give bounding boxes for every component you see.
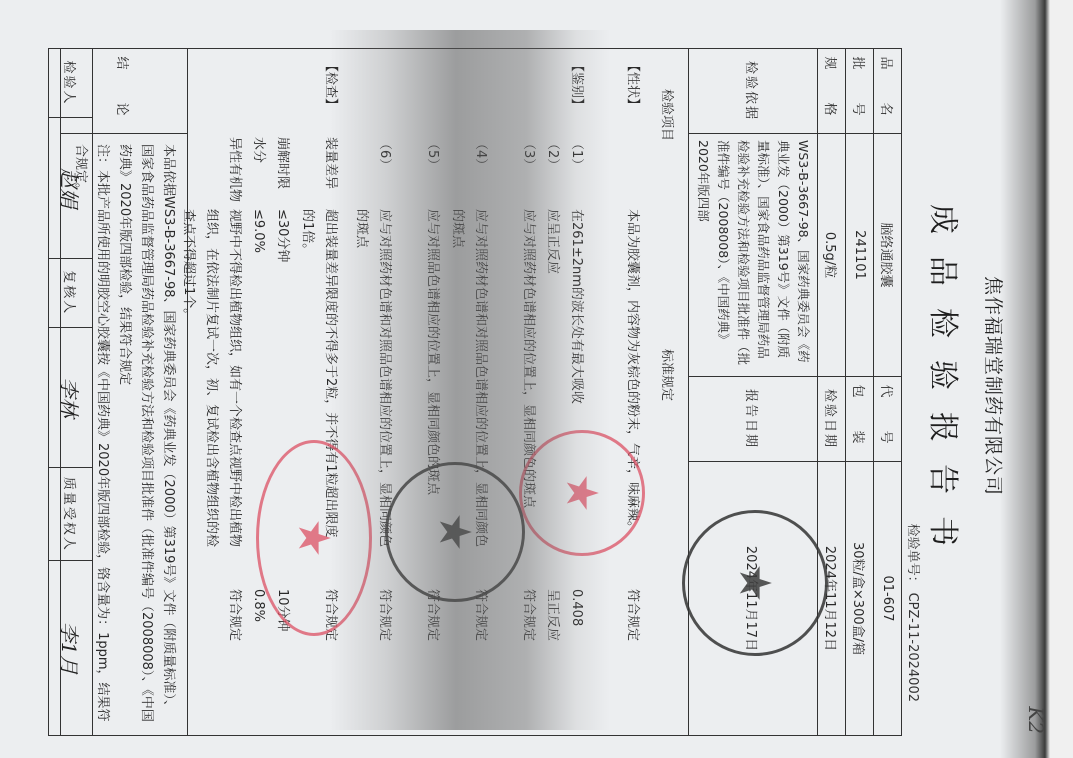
basis-value: WS3-B-3667-98、国家药典委员会《药典业发（2000）第319号》文件… [689,134,818,377]
report-document: K2 焦作福瑞堂制药有限公司 成品检验报告书 检验单号：CPZ-11-20240… [20,30,1060,742]
test-item-standard: 应与对照药材色谱和对照品色谱相应的位置上，显相同颜色的斑点 [350,209,396,549]
test-item-standard: ≤30分钟 [271,209,294,549]
report-number: 检验单号：CPZ-11-2024002 [905,520,924,702]
test-item-name: 崩解时限 [271,137,294,189]
reviewer-label: 复核人 [49,258,93,327]
test-item-name: 异性有机物 [223,137,246,202]
test-item-standard: 视野中不得检出植物组织，如有一个检查点视野中检出植物组织，在依法制片复试一次，初… [177,209,246,549]
product-name-label: 品 名 [874,49,902,134]
test-item-name: 装量差异 [319,137,342,189]
report-number-value: CPZ-11-2024002 [905,593,920,702]
test-item-result: 符合规定 [517,589,540,641]
row-batch: 批 号 241101 包 装 30粒/盒×300盒/箱 [846,49,874,736]
test-date-label: 检验日期 [818,377,846,462]
package-label: 包 装 [846,377,874,462]
test-item-result: 符合规定 [469,589,492,641]
test-item-standard: 在261±2nm的波长处有最大吸收 [565,209,588,549]
spec-label: 规 格 [818,49,846,134]
test-item-category: 【性状】 [621,59,644,111]
test-item-result: 符合规定 [223,589,246,641]
batch-value: 241101 [846,134,874,377]
test-item-category: 【鉴别】 [565,59,588,111]
basis-label: 检验依据 [689,49,818,134]
test-item-standard: 应与对照品色谱相应的位置上，显相同颜色的斑点 [421,209,444,549]
items-header-standard: 标准规定 [659,349,678,401]
test-item-result: 10分钟 [271,589,294,632]
test-item-standard: 超出装量差异限度的不得多于2粒，并不得有1粒超出限度的1倍。 [296,209,342,549]
inspector-label: 检验人 [49,49,93,118]
batch-label: 批 号 [846,49,874,134]
test-item-name: （3） [517,137,540,171]
test-item-name: 水分 [247,137,270,163]
row-spec: 规 格 0.5g/粒 检验日期 2024年11月12日 [818,49,846,736]
row-items: 检验项目 标准规定 【性状】本品为胶囊剂，内容物为灰棕色的粉末，气辛，味麻辣。符… [188,49,689,736]
report-title: 成品检验报告书 [924,30,968,742]
spec-value: 0.5g/粒 [818,134,846,377]
test-item-result: 符合规定 [373,589,396,641]
code-value: 01-607 [874,462,902,736]
test-item-result: 0.408 [565,589,588,626]
qa-label: 质量受权人 [49,468,93,561]
test-date-value: 2024年11月12日 [818,462,846,736]
report-table: 品 名 脑络通胶囊 代 号 01-607 批 号 241101 包 装 30粒/… [60,48,902,736]
report-date-value: 2024年11月17日 [689,462,818,736]
test-item-name: （2） [541,137,564,171]
product-name-value: 脑络通胶囊 [874,134,902,377]
package-value: 30粒/盒×300盒/箱 [846,462,874,736]
qa-signature: 李1月 [49,561,93,736]
code-label: 代 号 [874,377,902,462]
test-item-standard: 应呈正反应 [541,209,564,549]
company-name: 焦作福瑞堂制药有限公司 [981,30,1008,742]
test-item-result: 符合规定 [621,589,644,641]
reviewer-signature: 李林 [49,327,93,468]
inspector-signature: 赵娟 [49,118,93,259]
row-basis: 检验依据 WS3-B-3667-98、国家药典委员会《药典业发（2000）第31… [689,49,818,736]
report-number-label: 检验单号： [905,524,920,589]
test-item-result: 符合规定 [319,589,342,641]
test-item-name: （1） [565,137,588,171]
test-item-result: 0.8% [247,589,270,622]
test-item-category: 【检查】 [319,59,342,111]
test-item-name: （4） [469,137,492,171]
test-item-standard: 本品为胶囊剂，内容物为灰棕色的粉末，气辛，味麻辣。 [621,209,644,549]
test-item-name: （6） [373,137,396,171]
report-date-label: 报告日期 [689,377,818,462]
signature-table: 检验人 赵娟 复核人 李林 质量受权人 李1月 [48,48,93,736]
test-items-section: 检验项目 标准规定 【性状】本品为胶囊剂，内容物为灰棕色的粉末，气辛，味麻辣。符… [188,49,688,735]
row-product-name: 品 名 脑络通胶囊 代 号 01-607 [874,49,902,736]
test-item-standard: ≤9.0% [247,209,270,549]
test-item-name: （5） [421,137,444,171]
test-item-result: 呈正反应 [541,589,564,641]
test-item-result: 符合规定 [421,589,444,641]
test-item-standard: 应与对照药材色谱相应的位置上，显相同颜色的斑点 [517,209,540,549]
test-item-standard: 应与对照药材色谱和对照品色谱相应的位置上，显相同颜色的斑点 [446,209,492,549]
conclusion-text: 本品依据WS3-B-3667-98、国家药典委员会《药典业发（2000）第319… [113,144,179,725]
items-header-item: 检验项目 [659,89,678,141]
handwritten-mark: K2 [1024,706,1048,734]
